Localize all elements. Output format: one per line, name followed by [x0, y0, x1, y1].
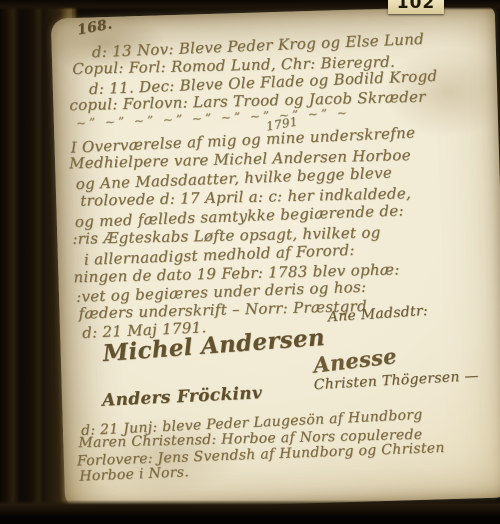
manuscript-text-layer: 168.d: 13 Nov: Bleve Peder Krog og Else … [51, 6, 500, 511]
signature-anders-frockinn: Anders Fröckinv [102, 383, 263, 411]
page-number-handwritten: 168. [76, 16, 114, 38]
record-line: Horboe i Nors. [79, 464, 189, 484]
archive-number-label: 102 [388, 0, 444, 13]
manuscript-page: 168.d: 13 Nov: Bleve Peder Krog og Else … [51, 6, 500, 511]
archive-number-tab: 102 [388, 0, 444, 14]
photo-bottom-shadow [0, 500, 500, 524]
scanned-register-photo: 168.d: 13 Nov: Bleve Peder Krog og Else … [0, 0, 500, 524]
